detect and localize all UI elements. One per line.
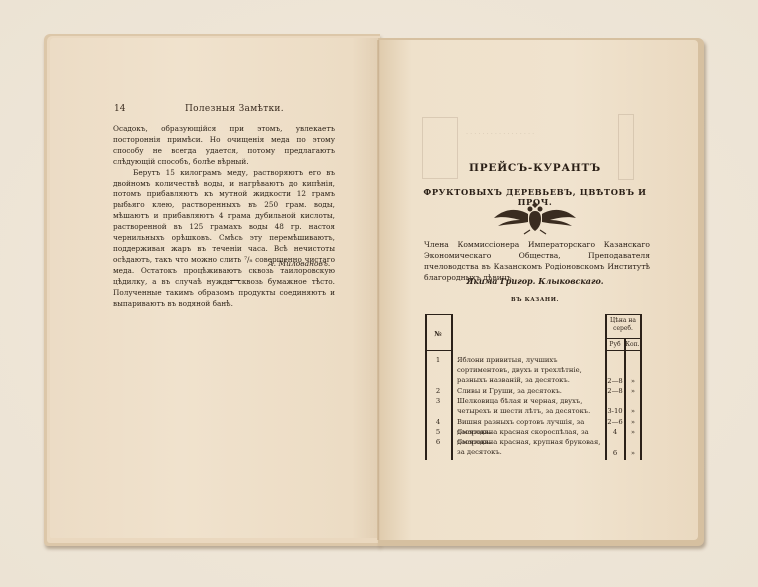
- table-header-sep-number: [425, 350, 452, 351]
- row-number: 2: [425, 387, 451, 395]
- header-price: Цѣна на сереб.: [606, 317, 640, 333]
- publication-place: ВЪ КАЗАНИ.: [420, 297, 650, 303]
- table-border-rub-kop: [624, 338, 626, 460]
- row-price-kop: »: [625, 407, 641, 415]
- row-price-rub: 6: [606, 449, 624, 457]
- row-price-rub: 2—6: [606, 418, 624, 426]
- row-price-rub: 2—8: [606, 387, 624, 395]
- row-number: 4: [425, 418, 451, 426]
- row-description: Шелковица бѣлая и черная, двухъ, четырех…: [457, 396, 605, 416]
- double-headed-eagle-icon: [490, 196, 580, 236]
- row-price-kop: »: [625, 428, 641, 436]
- row-number: 1: [425, 356, 451, 364]
- header-number: №: [425, 330, 451, 338]
- table-top-price: [605, 314, 641, 315]
- left-page-body: Осадокъ, образующійся при этомъ, увлекае…: [113, 124, 335, 309]
- row-price-kop: »: [625, 449, 641, 457]
- price-table: № Цѣна на сереб. Руб Коп. 1 Яблони приви…: [425, 314, 641, 460]
- table-price-header-sep: [605, 338, 641, 339]
- paragraph-1: Осадокъ, образующійся при этомъ, увлекае…: [113, 124, 335, 168]
- price-list-title: ПРЕЙСЪ-КУРАНТЪ: [420, 162, 650, 174]
- running-head: Полезныя Замѣтки.: [185, 104, 284, 114]
- row-price-kop: »: [625, 418, 641, 426]
- header-rub: Руб: [606, 341, 624, 348]
- table-top-number: [425, 314, 452, 315]
- row-price-rub: 2—8: [606, 377, 624, 385]
- header-kop: Коп.: [625, 341, 640, 348]
- row-number: 3: [425, 397, 451, 405]
- book-gutter: [377, 40, 380, 540]
- row-description: Сливы и Груши, за десятокъ.: [457, 386, 605, 396]
- table-header-sep-price: [605, 350, 641, 351]
- section-end-dash: [230, 280, 240, 281]
- row-description: Яблони привитыя, лучшихъ сортиментовъ, д…: [457, 355, 605, 386]
- paragraph-2: Берутъ 15 килограмъ меду, растворяютъ ег…: [113, 168, 335, 310]
- row-price-kop: »: [625, 377, 641, 385]
- row-number: 5: [425, 428, 451, 436]
- author-name: Якима Григор. Клыковскаго.: [420, 276, 650, 286]
- row-price-rub: 4: [606, 428, 624, 436]
- row-price-kop: »: [625, 387, 641, 395]
- row-number: 6: [425, 438, 451, 446]
- row-price-rub: 3-10: [606, 407, 624, 415]
- bleed-through-text: . . . . . . . . . . . . . . . . .: [466, 128, 534, 136]
- table-border-number: [451, 314, 453, 460]
- page-number: 14: [114, 104, 125, 114]
- right-page: [380, 40, 698, 540]
- row-description: Смородина красная, крупная бруковая, за …: [457, 437, 605, 457]
- author-signature: А. Миловановъ.: [268, 259, 330, 268]
